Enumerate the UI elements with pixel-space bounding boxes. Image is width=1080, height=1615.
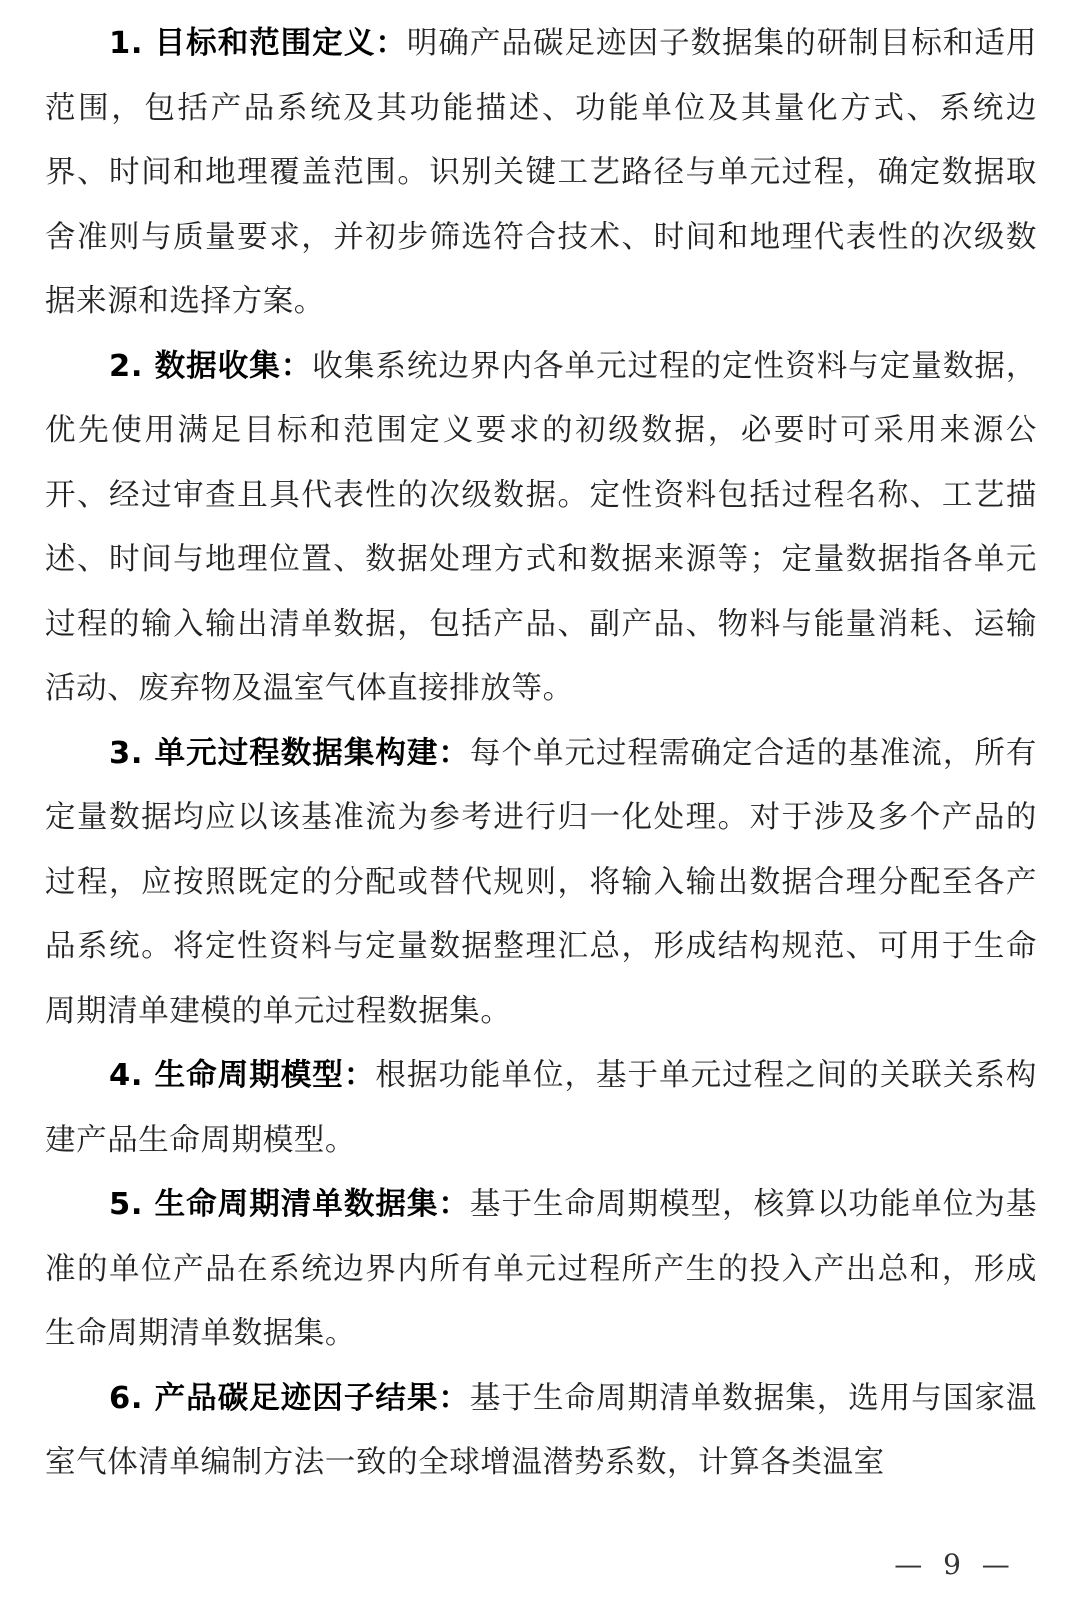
paragraph-carbon-footprint-result: 6. 产品碳足迹因子结果：基于生命周期清单数据集，选用与国家温室气体清单编制方法… <box>45 1367 1037 1496</box>
paragraph-goal-scope: 1. 目标和范围定义：明确产品碳足迹因子数据集的研制目标和适用范围，包括产品系统… <box>45 12 1037 335</box>
page-number: — 9 — <box>880 1548 1030 1581</box>
paragraph-heading: 5. 生命周期清单数据集： <box>109 1187 470 1222</box>
paragraph-heading: 6. 产品碳足迹因子结果： <box>109 1381 470 1416</box>
paragraph-body: 收集系统边界内各单元过程的定性资料与定量数据，优先使用满足目标和范围定义要求的初… <box>45 349 1037 707</box>
paragraph-heading: 2. 数据收集： <box>109 349 312 384</box>
paragraph-lifecycle-inventory: 5. 生命周期清单数据集：基于生命周期模型，核算以功能单位为基准的单位产品在系统… <box>45 1173 1037 1367</box>
paragraph-data-collection: 2. 数据收集：收集系统边界内各单元过程的定性资料与定量数据，优先使用满足目标和… <box>45 335 1037 722</box>
paragraph-body: 明确产品碳足迹因子数据集的研制目标和适用范围，包括产品系统及其功能描述、功能单位… <box>45 26 1037 319</box>
paragraph-heading: 3. 单元过程数据集构建： <box>109 736 470 771</box>
paragraph-heading: 1. 目标和范围定义： <box>109 26 407 61</box>
document-page: 1. 目标和范围定义：明确产品碳足迹因子数据集的研制目标和适用范围，包括产品系统… <box>45 12 1037 1496</box>
paragraph-body: 每个单元过程需确定合适的基准流，所有定量数据均应以该基准流为参考进行归一化处理。… <box>45 736 1037 1029</box>
paragraph-lifecycle-model: 4. 生命周期模型：根据功能单位，基于单元过程之间的关联关系构建产品生命周期模型… <box>45 1044 1037 1173</box>
paragraph-heading: 4. 生命周期模型： <box>109 1058 375 1093</box>
paragraph-unit-process-dataset: 3. 单元过程数据集构建：每个单元过程需确定合适的基准流，所有定量数据均应以该基… <box>45 722 1037 1045</box>
